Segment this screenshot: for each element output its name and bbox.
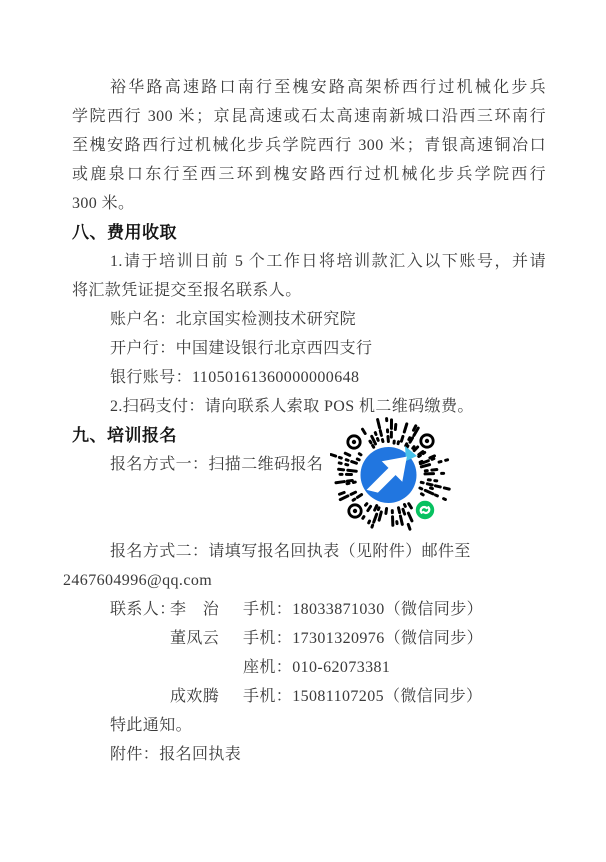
contact-row: 联系人：李 治手机：18033871030（微信同步）	[72, 595, 546, 624]
directions-paragraph: 裕华路高速路口南行至槐安路高架桥西行过机械化步兵 学院西行 300 米；京昆高速…	[72, 73, 546, 218]
closing-line: 特此通知。	[72, 711, 546, 740]
text-line: 1.请于培训日前 5 个工作日将培训款汇入以下账号，并请	[72, 247, 546, 276]
signup-method1-line: 报名方式一：扫描二维码报名	[72, 450, 546, 479]
contact-phone: 手机：18033871030（微信同步）	[243, 595, 483, 624]
contact-row: 成欢腾手机：15081107205（微信同步）	[72, 682, 546, 711]
signup-email: 2467604996@qq.com	[63, 566, 546, 595]
text-line: 300 米。	[72, 189, 546, 218]
account-name-line: 账户名：北京国实检测技术研究院	[72, 305, 546, 334]
section-heading-signup: 九、培训报名	[72, 421, 546, 450]
contact-label: 联系人：	[110, 595, 170, 624]
section-heading-fees: 八、费用收取	[72, 218, 546, 247]
signup-method2-line: 报名方式二：请填写报名回执表（见附件）邮件至	[72, 537, 546, 566]
qr-spacer	[72, 479, 546, 537]
text-line: 或鹿泉口东行至西三环到槐安路西行过机械化步兵学院西行	[72, 160, 546, 189]
contact-landline: 座机：010-62073381	[243, 653, 390, 682]
contact-row: 座机：010-62073381	[72, 653, 546, 682]
scan-pay-line: 2.扫码支付：请向联系人索取 POS 机二维码缴费。	[72, 392, 546, 421]
contact-row: 董凤云手机：17301320976（微信同步）	[72, 624, 546, 653]
contact-name: 董凤云	[170, 624, 243, 653]
bank-account-line: 银行账号：11050161360000000648	[72, 363, 546, 392]
contact-phone: 手机：15081107205（微信同步）	[243, 682, 482, 711]
text-line: 学院西行 300 米；京昆高速或石太高速南新城口沿西三环南行	[72, 102, 546, 131]
text-line: 将汇款凭证提交至报名联系人。	[72, 276, 546, 305]
text-line: 裕华路高速路口南行至槐安路高架桥西行过机械化步兵	[72, 73, 546, 102]
attachment-line: 附件：报名回执表	[72, 740, 546, 769]
contact-name: 李 治	[170, 595, 243, 624]
qr-code	[330, 415, 470, 540]
document-page: 裕华路高速路口南行至槐安路高架桥西行过机械化步兵 学院西行 300 米；京昆高速…	[0, 0, 606, 862]
bank-branch-line: 开户行：中国建设银行北京西四支行	[72, 334, 546, 363]
contact-phone: 手机：17301320976（微信同步）	[243, 624, 483, 653]
contacts-block: 联系人：李 治手机：18033871030（微信同步） 董凤云手机：173013…	[72, 595, 546, 711]
text-line: 至槐安路西行过机械化步兵学院西行 300 米；青银高速铜冶口	[72, 131, 546, 160]
contact-name: 成欢腾	[170, 682, 243, 711]
